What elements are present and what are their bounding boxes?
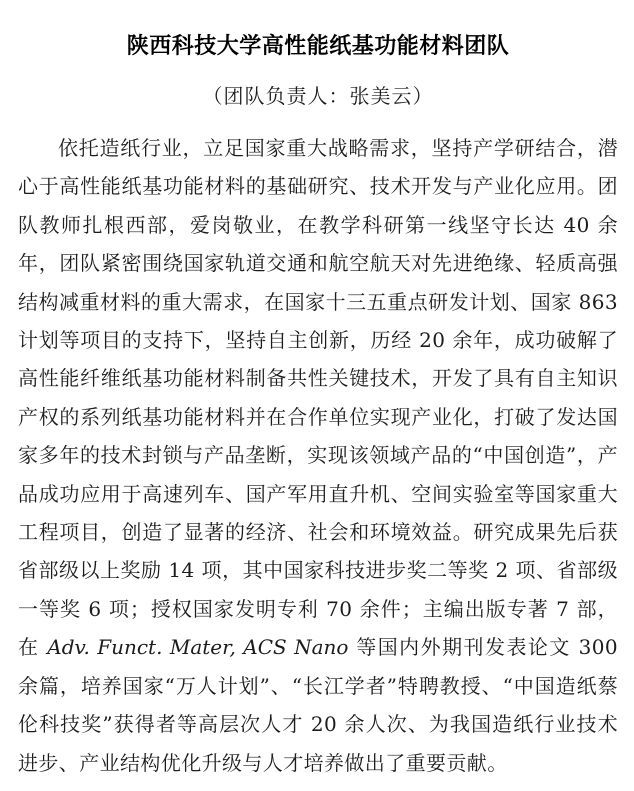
paragraph-segment-journal-names: Adv. Funct. Mater, ACS Nano (47, 635, 348, 659)
document-title: 陕西科技大学高性能纸基功能材料团队 (18, 32, 618, 60)
document-page: 陕西科技大学高性能纸基功能材料团队 （团队负责人：张美云） 依托造纸行业，立足国… (0, 0, 634, 791)
body-paragraph: 依托造纸行业，立足国家重大战略需求，坚持产学研结合，潜心于高性能纸基功能材料的基… (18, 129, 618, 782)
document-subtitle: （团队负责人：张美云） (18, 84, 618, 108)
paragraph-segment-1: 依托造纸行业，立足国家重大战略需求，坚持产学研结合，潜心于高性能纸基功能材料的基… (18, 136, 618, 659)
